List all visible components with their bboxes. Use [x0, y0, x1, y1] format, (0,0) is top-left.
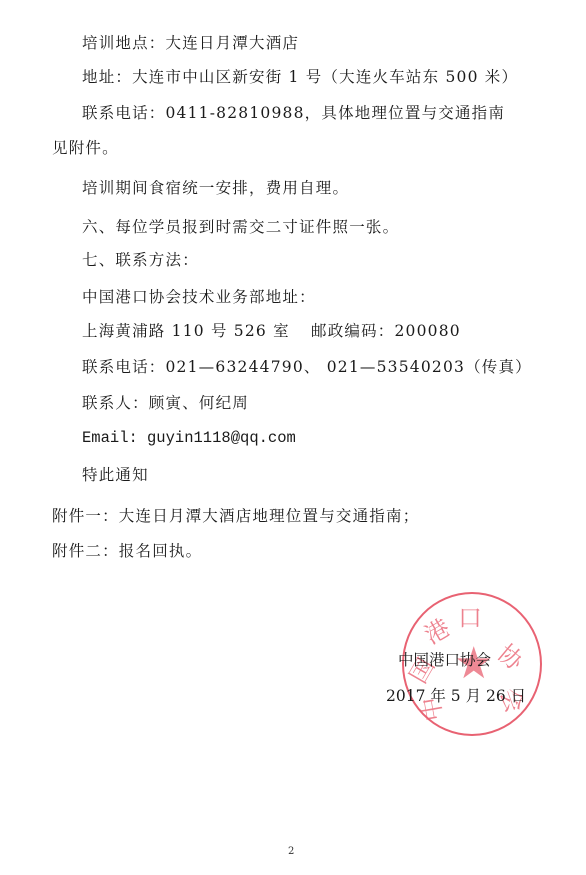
contact-phone: 联系电话：021—63244790、 021—53540203（传真） — [82, 357, 532, 377]
seal-char: 口 — [458, 598, 482, 633]
lodging-note: 培训期间食宿统一安排，费用自理。 — [82, 178, 349, 198]
notice-closing: 特此通知 — [82, 465, 149, 485]
seal-char: 协 — [492, 634, 533, 676]
signature-org: 中国港口协会 — [398, 648, 491, 670]
seal-char: 港 — [417, 608, 455, 650]
contact-person: 联系人：顾寅、何纪周 — [82, 393, 249, 413]
training-venue: 培训地点：大连日月潭大酒店 — [82, 33, 299, 53]
postcode: 邮政编码：200080 — [311, 321, 461, 341]
signature-date: 2017 年 5 月 26 日 — [386, 684, 526, 706]
attachment-one: 附件一：大连日月潭大酒店地理位置与交通指南； — [52, 506, 419, 526]
venue-address: 地址：大连市中山区新安街 1 号（大连火车站东 500 米） — [82, 67, 518, 87]
item-six: 六、每位学员报到时需交二寸证件照一张。 — [82, 217, 399, 237]
attachment-two: 附件二：报名回执。 — [52, 541, 202, 561]
email-address: guyin1118@qq.com — [147, 428, 296, 448]
org-address-label: 中国港口协会技术业务部地址： — [82, 287, 316, 307]
page-number: 2 — [288, 846, 294, 857]
venue-phone-continued: 见附件。 — [52, 138, 119, 158]
venue-phone: 联系电话：0411-82810988，具体地理位置与交通指南 — [82, 103, 505, 123]
email-label: Email: — [82, 428, 138, 448]
item-seven: 七、联系方法： — [82, 250, 199, 270]
org-address: 上海黄浦路 110 号 526 室 — [82, 321, 290, 341]
